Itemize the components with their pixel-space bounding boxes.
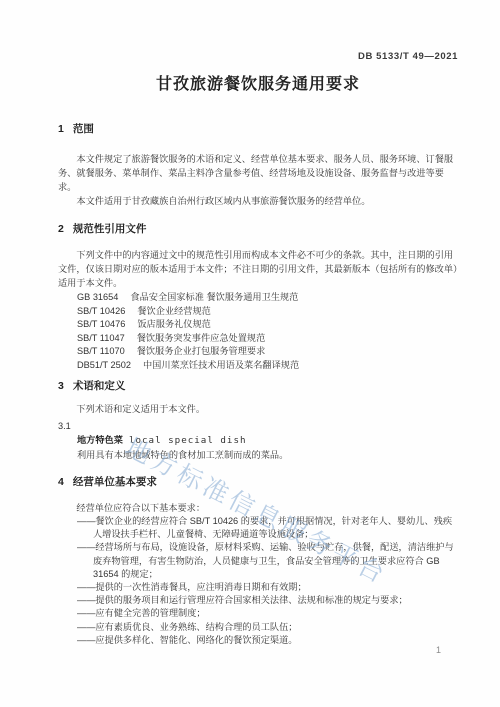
reference-title: 食品安全国家标准 餐饮服务通用卫生规范 [130,292,298,302]
term-entry: 地方特色菜local special dish [58,433,458,448]
requirement-item: ——应提供多样化、智能化、网络化的餐饮预定渠道。 [93,634,458,647]
document-page: 地方标准信息服务平台 DB 5133/T 49—2021 甘孜旅游餐饮服务通用要… [0,0,500,707]
section-4-heading: 4经营单位基本要求 [58,475,458,489]
reference-title: 餐饮服务突发事件应急处置规范 [137,333,266,343]
section-3-title: 术语和定义 [73,380,126,392]
section-4-number: 4 [58,476,64,488]
requirement-item: ——餐饮企业的经营应符合 SB/T 10426 的要求，并可根据情况，针对老年人… [93,515,458,541]
references-intro-paragraph: 下列文件中的内容通过文中的规范性引用而构成本文件必不可少的条款。其中，注日期的引… [58,248,458,290]
requirement-item: ——提供的服务项目和运行管理应符合国家相关法律、法规和标准的规定与要求； [93,594,458,607]
section-1-number: 1 [58,123,64,135]
reference-code: DB51/T 2502 [77,360,131,370]
term-clause-number: 3.1 [58,419,458,433]
section-2-number: 2 [58,223,64,235]
reference-item: SB/T 10426餐饮企业经营规范 [58,305,458,319]
section-2-title: 规范性引用文件 [73,223,147,235]
reference-item: SB/T 10476饭店服务礼仪规范 [58,318,458,332]
requirement-item: ——应有素质优良、业务熟练、结构合理的员工队伍； [93,621,458,634]
requirements-intro-paragraph: 经营单位应符合以下基本要求： [58,501,458,515]
section-scope: 1范围 本文件规定了旅游餐饮服务的术语和定义、经营单位基本要求、服务人员、服务环… [58,122,458,208]
page-title: 甘孜旅游餐饮服务通用要求 [58,76,458,94]
terms-intro-paragraph: 下列术语和定义适用于本文件。 [58,402,458,416]
page-number: 1 [436,645,441,655]
scope-paragraph-1: 本文件规定了旅游餐饮服务的术语和定义、经营单位基本要求、服务人员、服务环境、订餐… [58,152,458,194]
reference-list: GB 31654食品安全国家标准 餐饮服务通用卫生规范 SB/T 10426餐饮… [58,291,458,372]
section-3-heading: 3术语和定义 [58,379,458,393]
reference-item: SB/T 11047餐饮服务突发事件应急处置规范 [58,332,458,346]
section-normative-references: 2规范性引用文件 下列文件中的内容通过文中的规范性引用而构成本文件必不可少的条款… [58,222,458,372]
reference-code: SB/T 10426 [77,306,125,316]
section-2-heading: 2规范性引用文件 [58,222,458,236]
reference-title: 中国川菜烹饪技术用语及菜名翻译规范 [143,360,299,370]
term-definition: 利用具有本地地域特色的食材加工烹制而成的菜品。 [58,448,458,462]
term-en-label: local special dish [129,435,247,446]
reference-code: SB/T 10476 [77,319,125,329]
reference-code: SB/T 11047 [77,333,125,343]
requirement-item: ——经营场所与布局，设施设备，原材料采购、运输、验收与贮存，供餐，配送，清洁维护… [93,541,458,581]
requirement-item: ——应有健全完善的管理制度； [93,607,458,620]
section-3-number: 3 [58,380,64,392]
reference-item: GB 31654食品安全国家标准 餐饮服务通用卫生规范 [58,291,458,305]
section-1-heading: 1范围 [58,122,458,136]
reference-title: 饭店服务礼仪规范 [137,319,211,329]
reference-item: SB/T 11070餐饮服务企业打包服务管理要求 [58,345,458,359]
requirement-item: ——提供的一次性消毒餐具，应注明消毒日期和有效期； [93,581,458,594]
reference-item: DB51/T 2502中国川菜烹饪技术用语及菜名翻译规范 [58,359,458,373]
reference-title: 餐饮企业经营规范 [137,306,211,316]
section-1-title: 范围 [73,123,94,135]
requirements-list: ——餐饮企业的经营应符合 SB/T 10426 的要求，并可根据情况，针对老年人… [58,515,458,647]
section-basic-requirements: 4经营单位基本要求 经营单位应符合以下基本要求： ——餐饮企业的经营应符合 SB… [58,475,458,647]
doc-code: DB 5133/T 49—2021 [58,52,458,62]
scope-paragraph-2: 本文件适用于甘孜藏族自治州行政区域内从事旅游餐饮服务的经营单位。 [58,194,458,208]
section-4-title: 经营单位基本要求 [73,476,157,488]
reference-code: GB 31654 [77,292,118,302]
section-terms-definitions: 3术语和定义 下列术语和定义适用于本文件。 3.1 地方特色菜local spe… [58,379,458,462]
term-zh-label: 地方特色菜 [77,435,123,445]
reference-title: 餐饮服务企业打包服务管理要求 [137,346,266,356]
reference-code: SB/T 11070 [77,346,125,356]
